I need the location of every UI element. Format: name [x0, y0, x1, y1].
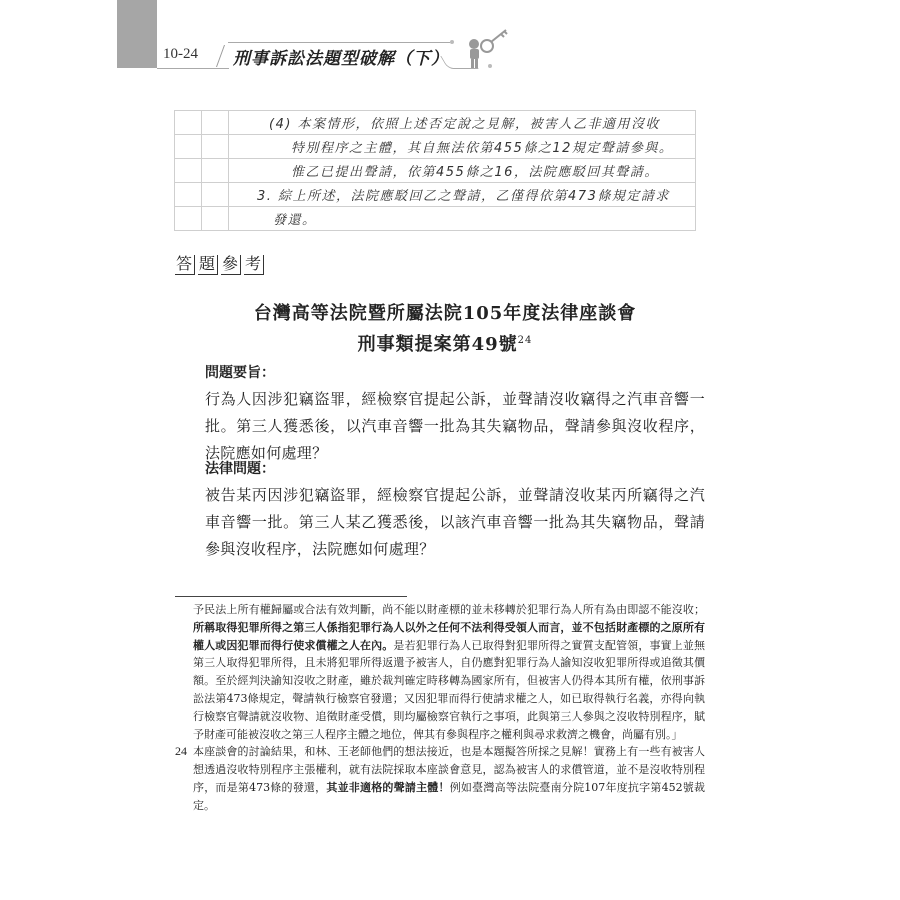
question-summary-text: 行為人因涉犯竊盜罪，經檢察官提起公訴，並聲請沒收竊得之汽車音響一批。第三人獲悉後…: [205, 386, 705, 467]
answer-line: 特別程序之主體，其自無法依第455條之12規定聲請參與。: [229, 135, 696, 159]
footnote-24: 24 本座談會的討論結果，和林、王老師他們的想法接近，也是本題擬答所採之見解！實…: [175, 743, 705, 814]
header-dot-decoration: [450, 40, 454, 44]
answer-notebook-table: (4) 本案情形，依照上述否定說之見解，被害人乙非適用沒收 特別程序之主體，其自…: [174, 110, 696, 231]
header-divider: [216, 45, 233, 67]
title-line-2: 刑事類提案第49號24: [175, 327, 715, 358]
legal-question-label: 法律問題：: [205, 457, 705, 482]
book-title: 刑事訴訟法題型破解（下）: [233, 44, 449, 69]
key-mascot-icon: [462, 28, 508, 70]
table-row: 發還。: [175, 207, 696, 231]
header-rule-top: [228, 42, 450, 43]
section-heading-char: 參: [221, 255, 241, 275]
header-rule-bottom: [157, 68, 229, 69]
page-number: 10-24: [163, 46, 198, 63]
question-summary-label: 問題要旨：: [205, 361, 705, 386]
table-row: (4) 本案情形，依照上述否定說之見解，被害人乙非適用沒收: [175, 111, 696, 135]
question-summary: 問題要旨： 行為人因涉犯竊盜罪，經檢察官提起公訴，並聲請沒收竊得之汽車音響一批。…: [205, 361, 705, 467]
answer-line: 發還。: [229, 207, 696, 231]
chapter-side-tab: [117, 0, 157, 68]
footnote-ref: 24: [518, 335, 533, 346]
legal-question: 法律問題： 被告某丙因涉犯竊盜罪，經檢察官提起公訴，並聲請沒收某丙所竊得之汽車音…: [205, 457, 705, 563]
footnote-continuation: 予民法上所有權歸屬或合法有效判斷，尚不能以財產標的並未移轉於犯罪行為人所有為由即…: [175, 601, 705, 743]
answer-line: 3. 綜上所述，法院應駁回乙之聲請，乙僅得依第473條規定請求: [229, 183, 696, 207]
section-heading-answer-reference: 答 題 參 考: [175, 255, 264, 275]
table-row: 惟乙已提出聲請，依第455條之16，法院應駁回其聲請。: [175, 159, 696, 183]
section-heading-char: 考: [244, 255, 264, 275]
answer-line: 惟乙已提出聲請，依第455條之16，法院應駁回其聲請。: [229, 159, 696, 183]
document-title: 台灣高等法院暨所屬法院105年度法律座談會 刑事類提案第49號24: [175, 300, 715, 358]
footnote-separator: [175, 596, 407, 597]
section-heading-char: 題: [198, 255, 218, 275]
table-row: 特別程序之主體，其自無法依第455條之12規定聲請參與。: [175, 135, 696, 159]
title-line-1: 台灣高等法院暨所屬法院105年度法律座談會: [175, 300, 715, 327]
footnotes: 予民法上所有權歸屬或合法有效判斷，尚不能以財產標的並未移轉於犯罪行為人所有為由即…: [175, 601, 705, 815]
answer-line: (4) 本案情形，依照上述否定說之見解，被害人乙非適用沒收: [229, 111, 696, 135]
footnote-number: 24: [175, 743, 193, 814]
section-heading-char: 答: [175, 255, 195, 275]
table-row: 3. 綜上所述，法院應駁回乙之聲請，乙僅得依第473條規定請求: [175, 183, 696, 207]
legal-question-text: 被告某丙因涉犯竊盜罪，經檢察官提起公訴，並聲請沒收某丙所竊得之汽車音響一批。第三…: [205, 482, 705, 563]
